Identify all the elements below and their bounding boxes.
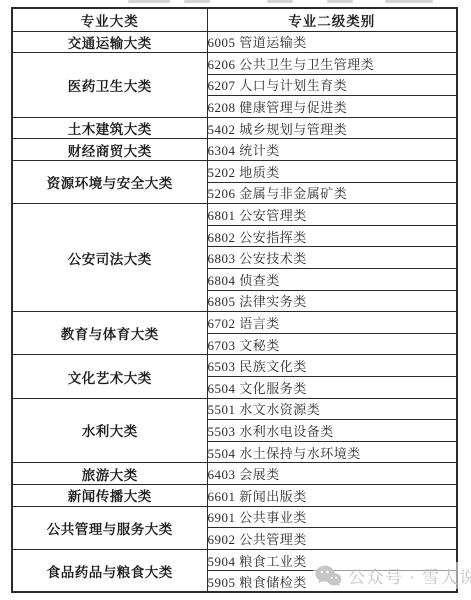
header-major-category: 专业大类 <box>12 8 207 31</box>
cropped-content-remnant <box>128 0 170 3</box>
table-row: 土木建筑大类5402 城乡规划与管理类 <box>12 117 457 139</box>
subcategory-cell: 6803 公安技术类 <box>207 247 457 269</box>
table-row: 文化艺术大类6503 民族文化类 <box>12 355 457 377</box>
wechat-icon <box>315 565 342 587</box>
subcategory-cell: 6901 公共事业类 <box>207 506 457 528</box>
subcategory-cell: 6601 新闻出版类 <box>207 484 457 506</box>
table-row: 水利大类5501 水文水资源类 <box>12 398 457 420</box>
subcategory-cell: 6304 统计类 <box>207 139 457 161</box>
category-cell: 资源环境与安全大类 <box>12 161 207 204</box>
category-cell: 土木建筑大类 <box>12 117 207 139</box>
subcategory-cell: 6207 人口与计划生育类 <box>207 74 457 96</box>
header-row: 专业大类 专业二级类别 <box>12 8 457 31</box>
table-row: 公共管理与服务大类6901 公共事业类 <box>12 506 457 528</box>
header-secondary-category: 专业二级类别 <box>207 8 457 31</box>
subcategory-cell: 5206 金属与非金属矿类 <box>207 182 457 204</box>
subcategory-cell: 6703 文秘类 <box>207 333 457 355</box>
subcategory-cell: 6804 侦查类 <box>207 269 457 291</box>
category-cell: 新闻传播大类 <box>12 484 207 506</box>
category-cell: 教育与体育大类 <box>12 312 207 355</box>
category-cell: 水利大类 <box>12 398 207 463</box>
subcategory-cell: 6702 语言类 <box>207 312 457 334</box>
subcategory-cell: 6801 公安管理类 <box>207 204 457 226</box>
subcategory-cell: 6902 公共管理类 <box>207 528 457 550</box>
category-cell: 财经商贸大类 <box>12 139 207 161</box>
category-cell: 文化艺术大类 <box>12 355 207 398</box>
category-cell: 交通运输大类 <box>12 31 207 53</box>
category-cell: 医药卫生大类 <box>12 53 207 118</box>
table-header: 专业大类 专业二级类别 <box>12 8 457 31</box>
category-table-container: 专业大类 专业二级类别 交通运输大类6005 管道运输类医药卫生大类6206 公… <box>11 7 458 592</box>
category-table: 专业大类 专业二级类别 交通运输大类6005 管道运输类医药卫生大类6206 公… <box>11 7 458 593</box>
watermark-text: 公众号 · 雪人说说 <box>348 563 471 588</box>
category-cell: 食品药品与粮食大类 <box>12 549 207 592</box>
subcategory-cell: 6005 管道运输类 <box>207 31 457 53</box>
table-row: 旅游大类6403 会展类 <box>12 463 457 485</box>
table-row: 公安司法大类6801 公安管理类 <box>12 204 457 226</box>
subcategory-cell: 6805 法律实务类 <box>207 290 457 312</box>
cropped-content-remnant <box>327 0 353 3</box>
table-row: 资源环境与安全大类5202 地质类 <box>12 161 457 183</box>
cropped-content-remnant <box>184 0 210 3</box>
subcategory-cell: 6403 会展类 <box>207 463 457 485</box>
table-row: 医药卫生大类6206 公共卫生与卫生管理类 <box>12 53 457 75</box>
subcategory-cell: 6503 民族文化类 <box>207 355 457 377</box>
subcategory-cell: 5503 水利水电设备类 <box>207 420 457 442</box>
table-row: 新闻传播大类6601 新闻出版类 <box>12 484 457 506</box>
table-row: 财经商贸大类6304 统计类 <box>12 139 457 161</box>
subcategory-cell: 6802 公安指挥类 <box>207 225 457 247</box>
cropped-content-remnant <box>267 0 293 3</box>
subcategory-cell: 5402 城乡规划与管理类 <box>207 117 457 139</box>
subcategory-cell: 6206 公共卫生与卫生管理类 <box>207 53 457 75</box>
category-cell: 公共管理与服务大类 <box>12 506 207 549</box>
subcategory-cell: 5504 水土保持与水环境类 <box>207 441 457 463</box>
subcategory-cell: 6208 健康管理与促进类 <box>207 96 457 118</box>
page: { "table": { "headers": ["专业大类", "专业二级类别… <box>0 0 471 600</box>
table-row: 教育与体育大类6702 语言类 <box>12 312 457 334</box>
watermark: 公众号 · 雪人说说 <box>313 562 471 589</box>
table-row: 交通运输大类6005 管道运输类 <box>12 31 457 53</box>
category-cell: 旅游大类 <box>12 463 207 485</box>
category-cell: 公安司法大类 <box>12 204 207 312</box>
table-body: 交通运输大类6005 管道运输类医药卫生大类6206 公共卫生与卫生管理类620… <box>12 31 457 592</box>
cropped-content-remnant <box>385 0 433 3</box>
subcategory-cell: 6504 文化服务类 <box>207 377 457 399</box>
subcategory-cell: 5202 地质类 <box>207 161 457 183</box>
subcategory-cell: 5501 水文水资源类 <box>207 398 457 420</box>
